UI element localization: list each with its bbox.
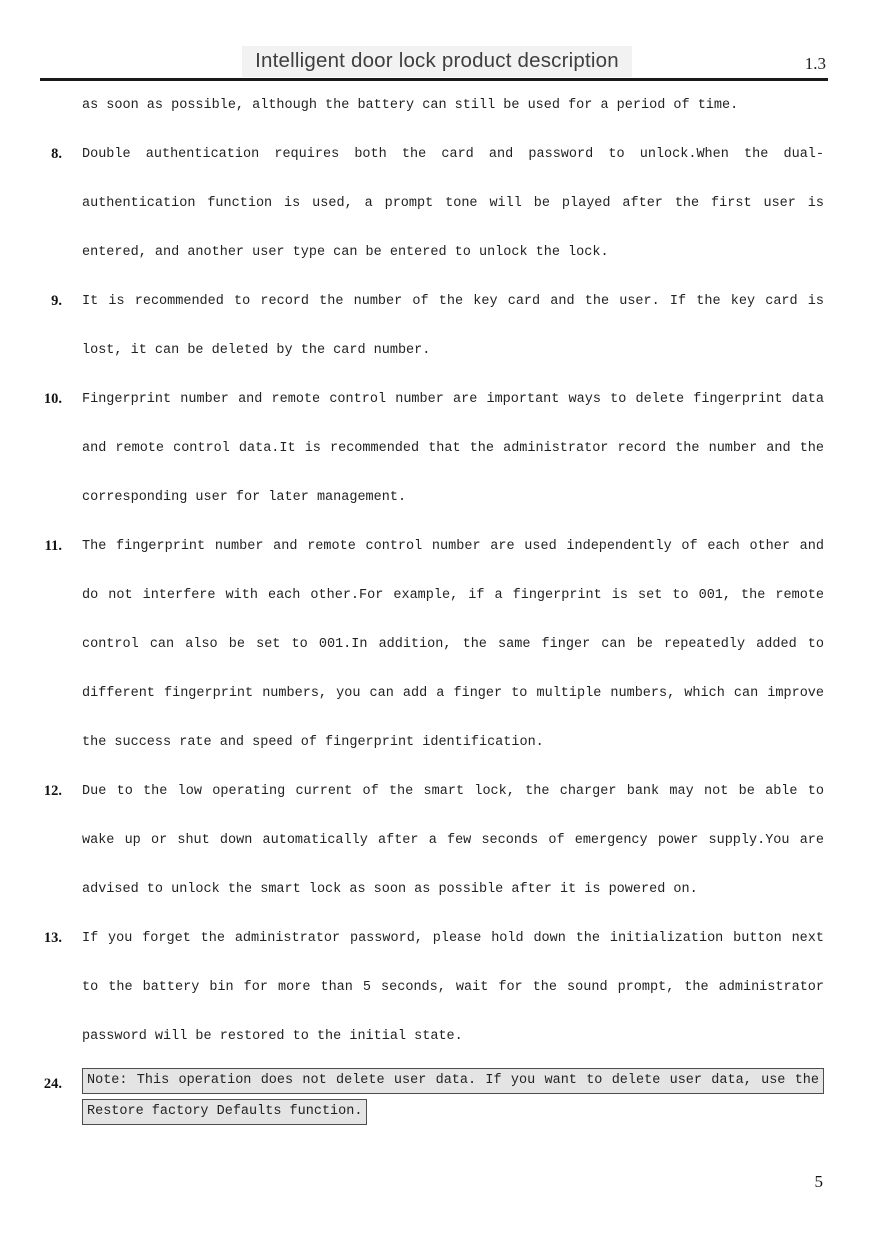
note-item-24: 24. Note: This operation does not delete… <box>38 1061 824 1125</box>
list-item-9: 9. It is recommended to record the numbe… <box>38 277 824 375</box>
paragraph-line: as soon as possible, although the batter… <box>82 81 824 130</box>
list-item-number: 11. <box>38 522 62 571</box>
paragraph-line: wake up or shut down automatically after… <box>82 816 824 865</box>
paragraph-line: authentication function is used, a promp… <box>82 179 824 228</box>
page-title: Intelligent door lock product descriptio… <box>242 46 632 77</box>
list-item-8: 8. Double authentication requires both t… <box>38 130 824 277</box>
paragraph-line: and remote control data.It is recommende… <box>82 424 824 473</box>
intro-paragraph: as soon as possible, although the batter… <box>38 81 824 130</box>
document-page: Intelligent door lock product descriptio… <box>0 0 874 1241</box>
list-item-number: 12. <box>38 767 62 816</box>
page-number: 5 <box>815 1172 824 1192</box>
page-header: Intelligent door lock product descriptio… <box>0 0 874 81</box>
paragraph-line: do not interfere with each other.For exa… <box>82 571 824 620</box>
paragraph-line: entered, and another user type can be en… <box>82 228 824 277</box>
list-item-11: 11. The fingerprint number and remote co… <box>38 522 824 767</box>
paragraph-line: corresponding user for later management. <box>82 473 824 522</box>
paragraph-line: Due to the low operating current of the … <box>82 767 824 816</box>
paragraph-line: advised to unlock the smart lock as soon… <box>82 865 824 914</box>
list-item-10: 10. Fingerprint number and remote contro… <box>38 375 824 522</box>
list-item-number: 8. <box>38 130 62 179</box>
paragraph-line: control can also be set to 001.In additi… <box>82 620 824 669</box>
paragraph-line: to the battery bin for more than 5 secon… <box>82 963 824 1012</box>
list-item-13: 13. If you forget the administrator pass… <box>38 914 824 1061</box>
list-item-number: 10. <box>38 375 62 424</box>
paragraph-line: Fingerprint number and remote control nu… <box>82 375 824 424</box>
note-box-line-1: Note: This operation does not delete use… <box>82 1068 824 1094</box>
list-item-12: 12. Due to the low operating current of … <box>38 767 824 914</box>
title-wrap: Intelligent door lock product descriptio… <box>0 46 874 77</box>
list-item-number: 13. <box>38 914 62 963</box>
list-item-number: 9. <box>38 277 62 326</box>
list-item-number: 24. <box>38 1061 62 1097</box>
section-number: 1.3 <box>805 54 826 74</box>
paragraph-line: The fingerprint number and remote contro… <box>82 522 824 571</box>
paragraph-line: lost, it can be deleted by the card numb… <box>82 326 824 375</box>
note-box-line-2: Restore factory Defaults function. <box>82 1099 367 1125</box>
paragraph-line: different fingerprint numbers, you can a… <box>82 669 824 718</box>
paragraph-line: It is recommended to record the number o… <box>82 277 824 326</box>
document-body: as soon as possible, although the batter… <box>38 81 824 1125</box>
paragraph-line: If you forget the administrator password… <box>82 914 824 963</box>
paragraph-line: the success rate and speed of fingerprin… <box>82 718 824 767</box>
paragraph-line: Double authentication requires both the … <box>82 130 824 179</box>
paragraph-line: password will be restored to the initial… <box>82 1012 824 1061</box>
